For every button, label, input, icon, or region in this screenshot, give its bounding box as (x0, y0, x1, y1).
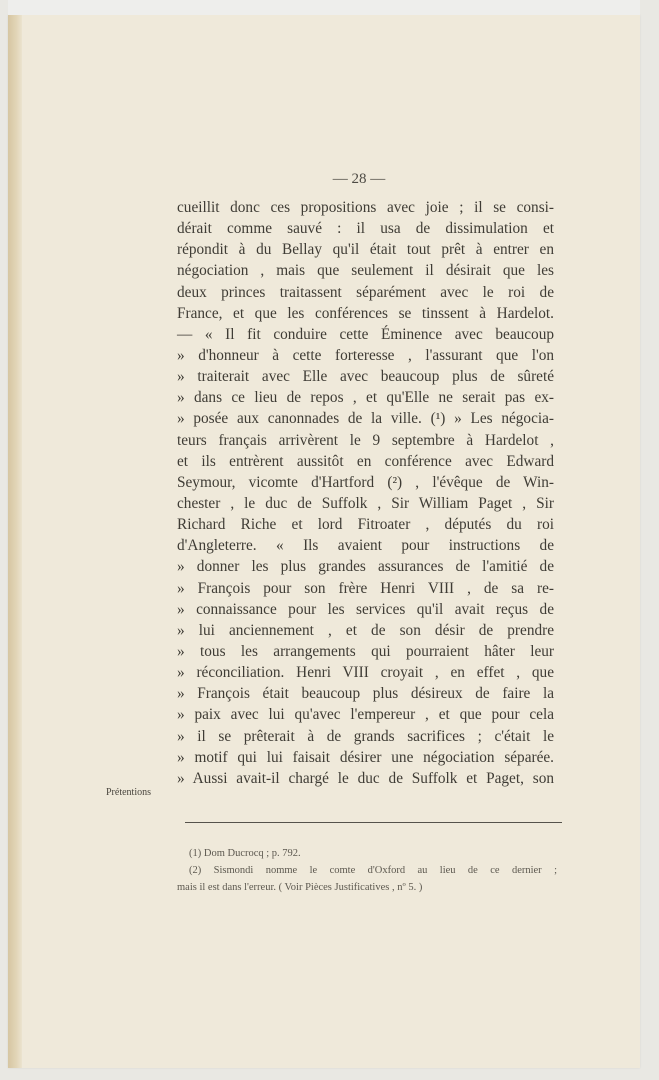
book-page: — 28 — cueillit donc ces propositions av… (8, 15, 640, 1068)
footnotes: (1) Dom Ducrocq ; p. 792. (2) Sismondi n… (177, 845, 557, 896)
footnote-1: (1) Dom Ducrocq ; p. 792. (177, 845, 557, 862)
text-line: » paix avec lui qu'avec l'empereur , et … (177, 704, 554, 725)
text-line: chester , le duc de Suffolk , Sir Willia… (177, 493, 554, 514)
text-line: » Aussi avait-il chargé le duc de Suffol… (177, 768, 554, 789)
text-line: France, et que les conférences se tinsse… (177, 303, 554, 324)
text-line: dérait comme sauvé : il usa de dissimula… (177, 218, 554, 239)
text-line: Seymour, vicomte d'Hartford (²) , l'évêq… (177, 472, 554, 493)
page-number: — 28 — (8, 171, 640, 188)
footnote-rule (185, 822, 562, 823)
text-line: teurs français arrivèrent le 9 septembre… (177, 430, 554, 451)
text-line: » posée aux canonnades de la ville. (¹) … (177, 408, 554, 429)
text-line: » lui anciennement , et de son désir de … (177, 620, 554, 641)
text-line: » motif qui lui faisait désirer une négo… (177, 747, 554, 768)
text-line: » connaissance pour les services qu'il a… (177, 599, 554, 620)
text-line: deux princes traitassent séparément avec… (177, 282, 554, 303)
text-line: » François était beaucoup plus désireux … (177, 683, 554, 704)
text-line: répondit à du Bellay qu'il était tout pr… (177, 239, 554, 260)
text-line: » réconciliation. Henri VIII croyait , e… (177, 662, 554, 683)
text-line: cueillit donc ces propositions avec joie… (177, 197, 554, 218)
text-line: et ils entrèrent aussitôt en conférence … (177, 451, 554, 472)
text-line: » dans ce lieu de repos , et qu'Elle ne … (177, 387, 554, 408)
text-line: » François pour son frère Henri VIII , d… (177, 578, 554, 599)
text-line: » d'honneur à cette forteresse , l'assur… (177, 345, 554, 366)
text-line: d'Angleterre. « Ils avaient pour instruc… (177, 535, 554, 556)
text-line: négociation , mais que seulement il dési… (177, 260, 554, 281)
margin-note: Prétentions (106, 787, 151, 798)
body-text: cueillit donc ces propositions avec joie… (177, 197, 554, 789)
footnote-2: (2) Sismondi nomme le comte d'Oxford au … (177, 862, 557, 879)
text-line: » donner les plus grandes assurances de … (177, 556, 554, 577)
text-line: » il se prêterait à de grands sacrifices… (177, 726, 554, 747)
text-line: » traiterait avec Elle avec beaucoup plu… (177, 366, 554, 387)
text-line: » tous les arrangements qui pourraient h… (177, 641, 554, 662)
text-line: Richard Riche et lord Fitroater , député… (177, 514, 554, 535)
footnote-2-continued: mais il est dans l'erreur. ( Voir Pièces… (177, 879, 557, 896)
text-line: — « Il fit conduire cette Éminence avec … (177, 324, 554, 345)
scan-top-border (8, 0, 640, 15)
